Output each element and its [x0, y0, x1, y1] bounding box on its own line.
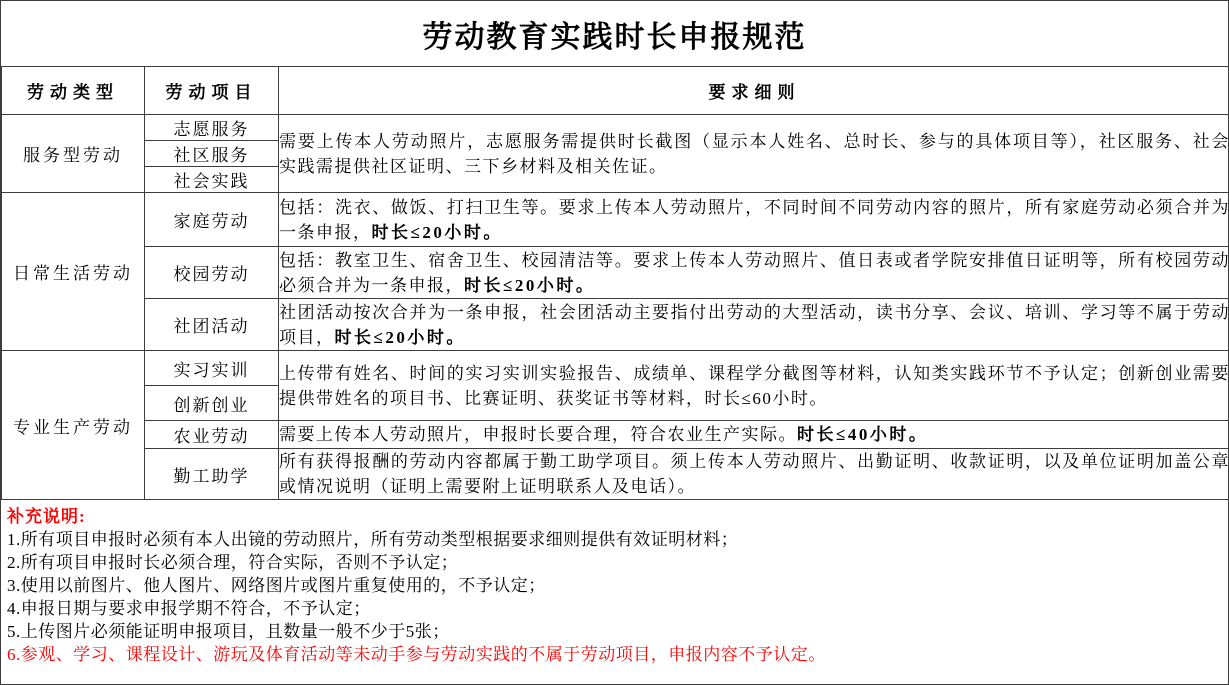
table-row: 勤工助学 所有获得报酬的劳动内容都属于勤工助学项目。须上传本人劳动照片、出勤证明…: [2, 449, 1229, 500]
requirement-text: 需要上传本人劳动照片，申报时长要合理，符合农业生产实际。: [279, 425, 797, 444]
spec-table: 劳动类型 劳动项目 要求细则 服务型劳动 志愿服务 需要上传本人劳动照片，志愿服…: [1, 66, 1229, 500]
requirement-text: 上传带有姓名、时间的实习实训实验报告、成绩单、课程学分截图等材料，认知类实践环节…: [279, 364, 1229, 408]
requirement-text: 需要上传本人劳动照片，志愿服务需提供时长截图（显示本人姓名、总时长、参与的具体项…: [279, 132, 1229, 176]
declaration-spec-sheet: 劳动教育实践时长申报规范 劳动类型 劳动项目 要求细则 服务型劳动 志愿服务 需…: [0, 0, 1229, 685]
table-header-row: 劳动类型 劳动项目 要求细则: [2, 67, 1229, 115]
header-labor-type: 劳动类型: [2, 67, 145, 115]
type-cell-service-labor: 服务型劳动: [2, 115, 145, 193]
requirement-cell-service: 需要上传本人劳动照片，志愿服务需提供时长截图（显示本人姓名、总时长、参与的具体项…: [279, 115, 1229, 193]
project-cell-innovation-entrepreneurship: 创新创业: [145, 386, 279, 421]
requirement-cell-agricultural: 需要上传本人劳动照片，申报时长要合理，符合农业生产实际。时长≤40小时。: [279, 421, 1229, 449]
project-cell-internship-training: 实习实训: [145, 351, 279, 386]
requirement-bold-text: 时长≤40小时。: [797, 425, 928, 444]
table-row: 日常生活劳动 家庭劳动 包括：洗衣、做饭、打扫卫生等。要求上传本人劳动照片，不同…: [2, 193, 1229, 247]
note-item-1: 1.所有项目申报时必须有本人出镜的劳动照片，所有劳动类型根据要求细则提供有效证明…: [7, 528, 1218, 551]
requirement-cell-household: 包括：洗衣、做饭、打扫卫生等。要求上传本人劳动照片，不同时间不同劳动内容的照片，…: [279, 193, 1229, 247]
project-cell-work-study: 勤工助学: [145, 449, 279, 500]
notes-heading: 补充说明:: [7, 505, 1218, 528]
type-cell-daily-life-labor: 日常生活劳动: [2, 193, 145, 351]
project-cell-social-practice: 社会实践: [145, 167, 279, 193]
project-cell-volunteer-service: 志愿服务: [145, 115, 279, 141]
table-row: 服务型劳动 志愿服务 需要上传本人劳动照片，志愿服务需提供时长截图（显示本人姓名…: [2, 115, 1229, 141]
supplementary-notes: 补充说明: 1.所有项目申报时必须有本人出镜的劳动照片，所有劳动类型根据要求细则…: [1, 500, 1228, 666]
note-item-3: 3.使用以前图片、他人图片、网络图片或图片重复使用的，不予认定；: [7, 574, 1218, 597]
requirement-cell-club: 社团活动按次合并为一条申报，社会团活动主要指付出劳动的大型活动，读书分享、会议、…: [279, 299, 1229, 351]
project-cell-community-service: 社区服务: [145, 141, 279, 167]
note-item-2: 2.所有项目申报时长必须合理，符合实际，否则不予认定；: [7, 551, 1218, 574]
note-item-6: 6.参观、学习、课程设计、游玩及体育活动等未动手参与劳动实践的不属于劳动项目，申…: [7, 643, 1218, 666]
project-cell-campus-labor: 校园劳动: [145, 247, 279, 299]
requirement-bold-text: 时长≤20小时。: [335, 328, 466, 347]
project-cell-club-activity: 社团活动: [145, 299, 279, 351]
requirement-cell-work-study: 所有获得报酬的劳动内容都属于勤工助学项目。须上传本人劳动照片、出勤证明、收款证明…: [279, 449, 1229, 500]
table-row: 农业劳动 需要上传本人劳动照片，申报时长要合理，符合农业生产实际。时长≤40小时…: [2, 421, 1229, 449]
requirement-text: 包括：教室卫生、宿舍卫生、校园清洁等。要求上传本人劳动照片、值日表或者学院安排值…: [279, 251, 1229, 295]
table-row: 校园劳动 包括：教室卫生、宿舍卫生、校园清洁等。要求上传本人劳动照片、值日表或者…: [2, 247, 1229, 299]
note-item-5: 5.上传图片必须能证明申报项目，且数量一般不少于5张；: [7, 620, 1218, 643]
header-requirement-detail: 要求细则: [279, 67, 1229, 115]
requirement-cell-internship-innovation: 上传带有姓名、时间的实习实训实验报告、成绩单、课程学分截图等材料，认知类实践环节…: [279, 351, 1229, 421]
type-cell-professional-production-labor: 专业生产劳动: [2, 351, 145, 500]
requirement-text: 所有获得报酬的劳动内容都属于勤工助学项目。须上传本人劳动照片、出勤证明、收款证明…: [279, 452, 1229, 496]
table-row: 社团活动 社团活动按次合并为一条申报，社会团活动主要指付出劳动的大型活动，读书分…: [2, 299, 1229, 351]
requirement-bold-text: 时长≤20小时。: [372, 223, 503, 242]
table-row: 专业生产劳动 实习实训 上传带有姓名、时间的实习实训实验报告、成绩单、课程学分截…: [2, 351, 1229, 386]
requirement-bold-text: 时长≤20小时。: [464, 276, 595, 295]
note-item-4: 4.申报日期与要求申报学期不符合，不予认定；: [7, 597, 1218, 620]
project-cell-household-labor: 家庭劳动: [145, 193, 279, 247]
project-cell-agricultural-labor: 农业劳动: [145, 421, 279, 449]
header-labor-project: 劳动项目: [145, 67, 279, 115]
requirement-cell-campus: 包括：教室卫生、宿舍卫生、校园清洁等。要求上传本人劳动照片、值日表或者学院安排值…: [279, 247, 1229, 299]
page-title: 劳动教育实践时长申报规范: [1, 1, 1228, 66]
